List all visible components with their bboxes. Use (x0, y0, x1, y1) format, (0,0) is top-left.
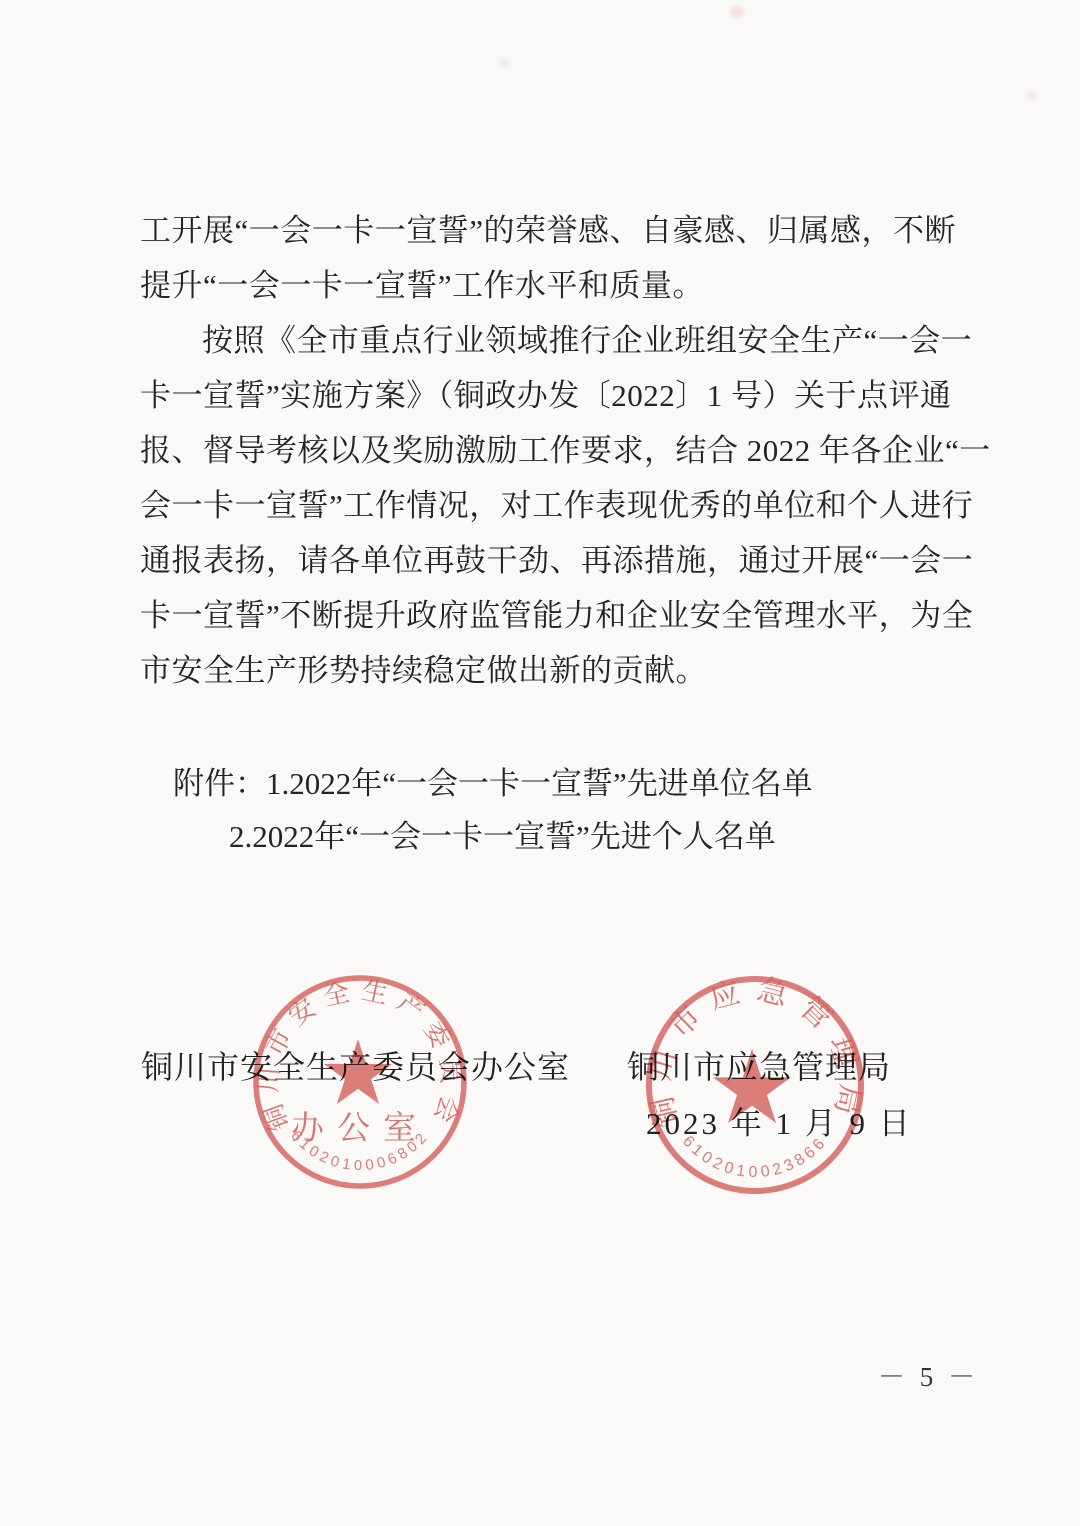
body-line: 卡一宣誓”不断提升政府监管能力和企业安全管理水平，为全 (140, 588, 968, 643)
document-page: 工开展“一会一卡一宣誓”的荣誉感、自豪感、归属感，不断 提升“一会一卡一宣誓”工… (0, 0, 1080, 1526)
attachments-block: 附件：1.2022年“一会一卡一宣誓”先进单位名单 2.2022年“一会一卡一宣… (173, 757, 813, 863)
star-icon (324, 1039, 392, 1104)
attachment-line-2: 2.2022年“一会一卡一宣誓”先进个人名单 (229, 810, 813, 863)
attachment-item-2: 2.2022年“一会一卡一宣誓”先进个人名单 (229, 819, 776, 854)
attachment-item-1: 1.2022年“一会一卡一宣誓”先进单位名单 (266, 766, 813, 801)
scan-smudge (1026, 90, 1037, 100)
page-number: － 5 － (878, 1355, 979, 1394)
official-seal-safety-committee: 铜川市安全生产委员会 办公室 6102010006802 (245, 967, 475, 1197)
attachments-label: 附件： (173, 766, 266, 801)
body-line: 工开展“一会一卡一宣誓”的荣誉感、自豪感、归属感，不断 (140, 203, 968, 258)
scan-smudge (500, 58, 509, 67)
official-seal-emergency-bureau: 铜川市应急管理局 6102010023866 (635, 965, 875, 1205)
attachment-line-1: 附件：1.2022年“一会一卡一宣誓”先进单位名单 (173, 757, 813, 810)
body-line: 会一卡一宣誓”工作情况，对工作表现优秀的单位和个人进行 (140, 478, 968, 533)
body-line: 通报表扬，请各单位再鼓干劲、再添措施，通过开展“一会一 (140, 533, 968, 588)
body-text: 工开展“一会一卡一宣誓”的荣誉感、自豪感、归属感，不断 提升“一会一卡一宣誓”工… (140, 203, 968, 698)
star-icon (713, 1049, 791, 1123)
body-line: 报、督导考核以及奖励激励工作要求，结合 2022 年各企业“一 (140, 423, 968, 478)
body-line: 市安全生产形势持续稳定做出新的贡献。 (140, 643, 968, 698)
body-line: 提升“一会一卡一宣誓”工作水平和质量。 (140, 258, 968, 313)
body-line: 卡一宣誓”实施方案》（铜政办发〔2022〕1 号）关于点评通 (140, 368, 968, 423)
scan-smudge (730, 6, 744, 18)
body-line: 按照《全市重点行业领域推行企业班组安全生产“一会一 (140, 313, 968, 368)
